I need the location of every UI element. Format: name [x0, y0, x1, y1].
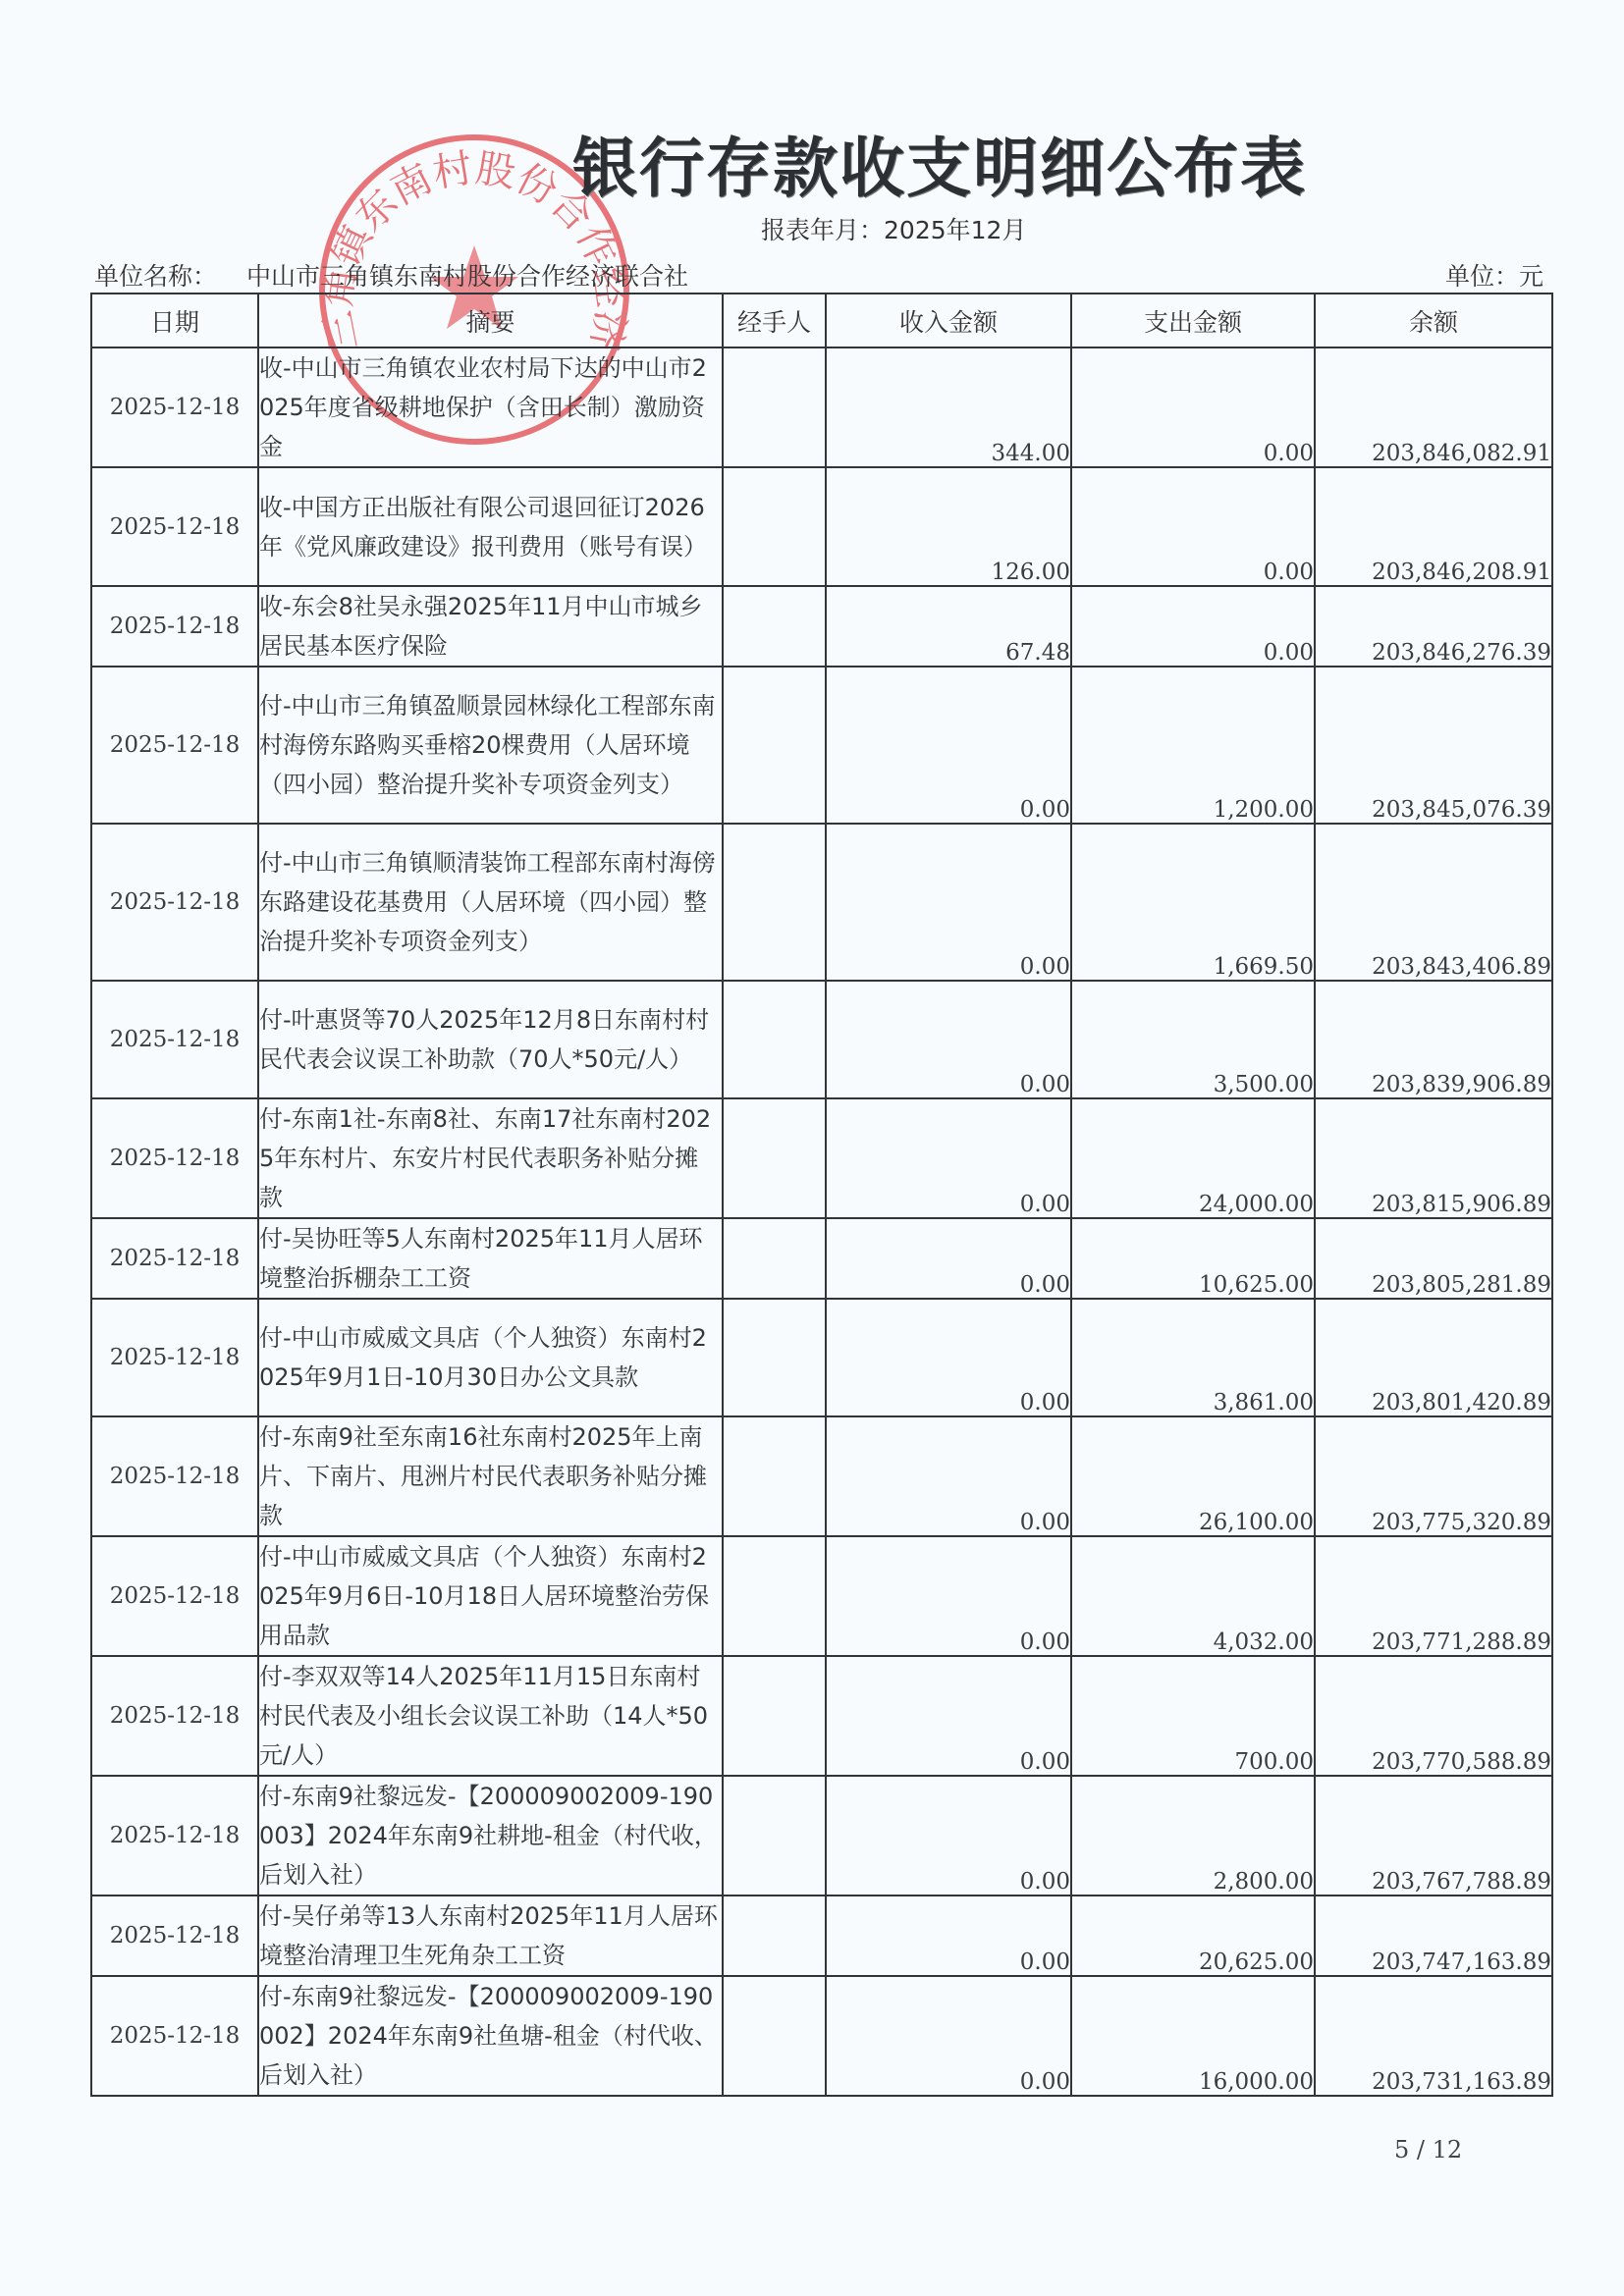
cell-date: 2025-12-18: [91, 347, 258, 467]
cell-income: 0.00: [826, 1098, 1071, 1218]
cell-summary: 收-中山市三角镇农业农村局下达的中山市2025年度省级耕地保护（含田长制）激励资…: [258, 347, 723, 467]
cell-expense: 16,000.00: [1071, 1976, 1315, 2096]
cell-balance: 203,845,076.39: [1315, 667, 1552, 824]
cell-handler: [723, 1896, 826, 1976]
cell-handler: [723, 1536, 826, 1656]
cell-date: 2025-12-18: [91, 1218, 258, 1299]
cell-expense: 0.00: [1071, 467, 1315, 586]
table-row: 2025-12-18收-中国方正出版社有限公司退回征订2026年《党风廉政建设》…: [91, 467, 1552, 586]
cell-balance: 203,731,163.89: [1315, 1976, 1552, 2096]
cell-summary: 付-吴协旺等5人东南村2025年11月人居环境整治拆棚杂工工资: [258, 1218, 723, 1299]
cell-income: 0.00: [826, 1656, 1071, 1776]
cell-expense: 1,200.00: [1071, 667, 1315, 824]
report-period-value: 2025年12月: [884, 216, 1026, 244]
cell-balance: 203,801,420.89: [1315, 1299, 1552, 1416]
cell-handler: [723, 981, 826, 1098]
cell-expense: 26,100.00: [1071, 1416, 1315, 1536]
cell-income: 344.00: [826, 347, 1071, 467]
cell-income: 0.00: [826, 1776, 1071, 1896]
cell-income: 126.00: [826, 467, 1071, 586]
page-indicator: 5 / 12: [1394, 2136, 1462, 2163]
table-row: 2025-12-18付-东南1社-东南8社、东南17社东南村2025年东村片、东…: [91, 1098, 1552, 1218]
report-period-label: 报表年月：: [761, 216, 884, 244]
unit-name-label: 单位名称：: [94, 262, 217, 291]
unit-name-line: 单位名称：中山市三角镇东南村股份合作经济联合社: [94, 257, 688, 293]
cell-income: 0.00: [826, 667, 1071, 824]
cell-summary: 收-中国方正出版社有限公司退回征订2026年《党风廉政建设》报刊费用（账号有误）: [258, 467, 723, 586]
cell-handler: [723, 1656, 826, 1776]
cell-summary: 付-中山市三角镇盈顺景园林绿化工程部东南村海傍东路购买垂榕20棵费用（人居环境（…: [258, 667, 723, 824]
cell-income: 0.00: [826, 1299, 1071, 1416]
header-expense: 支出金额: [1071, 294, 1315, 347]
unit-name-value: 中山市三角镇东南村股份合作经济联合社: [246, 262, 688, 291]
table-row: 2025-12-18付-中山市三角镇顺清装饰工程部东南村海傍东路建设花基费用（人…: [91, 824, 1552, 981]
cell-balance: 203,767,788.89: [1315, 1776, 1552, 1896]
table-header-row: 日期 摘要 经手人 收入金额 支出金额 余额: [91, 294, 1552, 347]
cell-balance: 203,846,208.91: [1315, 467, 1552, 586]
cell-expense: 24,000.00: [1071, 1098, 1315, 1218]
cell-date: 2025-12-18: [91, 586, 258, 667]
cell-summary: 付-中山市三角镇顺清装饰工程部东南村海傍东路建设花基费用（人居环境（四小园）整治…: [258, 824, 723, 981]
cell-handler: [723, 1299, 826, 1416]
cell-balance: 203,843,406.89: [1315, 824, 1552, 981]
cell-income: 0.00: [826, 1976, 1071, 2096]
table-row: 2025-12-18付-东南9社黎远发-【200009002009-190002…: [91, 1976, 1552, 2096]
page-title: 银行存款收支明细公布表: [0, 116, 1624, 209]
cell-expense: 0.00: [1071, 586, 1315, 667]
cell-balance: 203,815,906.89: [1315, 1098, 1552, 1218]
header-summary: 摘要: [258, 294, 723, 347]
cell-expense: 0.00: [1071, 347, 1315, 467]
table-row: 2025-12-18付-中山市威威文具店（个人独资）东南村2025年9月6日-1…: [91, 1536, 1552, 1656]
currency-unit: 单位：元: [1445, 257, 1543, 293]
cell-income: 0.00: [826, 1896, 1071, 1976]
header-income: 收入金额: [826, 294, 1071, 347]
cell-date: 2025-12-18: [91, 1536, 258, 1656]
cell-summary: 付-叶惠贤等70人2025年12月8日东南村村民代表会议误工补助款（70人*50…: [258, 981, 723, 1098]
cell-handler: [723, 824, 826, 981]
cell-balance: 203,839,906.89: [1315, 981, 1552, 1098]
cell-date: 2025-12-18: [91, 1896, 258, 1976]
cell-balance: 203,747,163.89: [1315, 1896, 1552, 1976]
cell-summary: 付-东南9社黎远发-【200009002009-190003】2024年东南9社…: [258, 1776, 723, 1896]
cell-income: 67.48: [826, 586, 1071, 667]
cell-balance: 203,805,281.89: [1315, 1218, 1552, 1299]
cell-summary: 付-东南1社-东南8社、东南17社东南村2025年东村片、东安片村民代表职务补贴…: [258, 1098, 723, 1218]
table-row: 2025-12-18付-叶惠贤等70人2025年12月8日东南村村民代表会议误工…: [91, 981, 1552, 1098]
table-row: 2025-12-18收-东会8社吴永强2025年11月中山市城乡居民基本医疗保险…: [91, 586, 1552, 667]
cell-summary: 付-东南9社至东南16社东南村2025年上南片、下南片、甩洲片村民代表职务补贴分…: [258, 1416, 723, 1536]
cell-expense: 3,861.00: [1071, 1299, 1315, 1416]
header-date: 日期: [91, 294, 258, 347]
table-row: 2025-12-18付-李双双等14人2025年11月15日东南村村民代表及小组…: [91, 1656, 1552, 1776]
cell-expense: 4,032.00: [1071, 1536, 1315, 1656]
cell-summary: 付-东南9社黎远发-【200009002009-190002】2024年东南9社…: [258, 1976, 723, 2096]
cell-income: 0.00: [826, 824, 1071, 981]
cell-summary: 收-东会8社吴永强2025年11月中山市城乡居民基本医疗保险: [258, 586, 723, 667]
cell-handler: [723, 586, 826, 667]
cell-handler: [723, 1776, 826, 1896]
cell-date: 2025-12-18: [91, 981, 258, 1098]
cell-handler: [723, 667, 826, 824]
table-row: 2025-12-18收-中山市三角镇农业农村局下达的中山市2025年度省级耕地保…: [91, 347, 1552, 467]
cell-handler: [723, 467, 826, 586]
cell-date: 2025-12-18: [91, 1299, 258, 1416]
header-handler: 经手人: [723, 294, 826, 347]
cell-expense: 2,800.00: [1071, 1776, 1315, 1896]
cell-date: 2025-12-18: [91, 1776, 258, 1896]
header-balance: 余额: [1315, 294, 1552, 347]
cell-date: 2025-12-18: [91, 1656, 258, 1776]
cell-income: 0.00: [826, 1416, 1071, 1536]
cell-handler: [723, 347, 826, 467]
ledger-table: 日期 摘要 经手人 收入金额 支出金额 余额 2025-12-18收-中山市三角…: [90, 293, 1553, 2097]
table-row: 2025-12-18付-中山市三角镇盈顺景园林绿化工程部东南村海傍东路购买垂榕2…: [91, 667, 1552, 824]
cell-expense: 700.00: [1071, 1656, 1315, 1776]
cell-expense: 1,669.50: [1071, 824, 1315, 981]
cell-handler: [723, 1218, 826, 1299]
report-period: 报表年月：2025年12月: [761, 211, 1026, 246]
table-row: 2025-12-18付-吴协旺等5人东南村2025年11月人居环境整治拆棚杂工工…: [91, 1218, 1552, 1299]
cell-date: 2025-12-18: [91, 1416, 258, 1536]
cell-balance: 203,846,276.39: [1315, 586, 1552, 667]
cell-summary: 付-中山市威威文具店（个人独资）东南村2025年9月1日-10月30日办公文具款: [258, 1299, 723, 1416]
cell-handler: [723, 1098, 826, 1218]
cell-date: 2025-12-18: [91, 667, 258, 824]
cell-balance: 203,775,320.89: [1315, 1416, 1552, 1536]
cell-summary: 付-中山市威威文具店（个人独资）东南村2025年9月6日-10月18日人居环境整…: [258, 1536, 723, 1656]
table-row: 2025-12-18付-中山市威威文具店（个人独资）东南村2025年9月1日-1…: [91, 1299, 1552, 1416]
cell-balance: 203,846,082.91: [1315, 347, 1552, 467]
cell-date: 2025-12-18: [91, 467, 258, 586]
cell-date: 2025-12-18: [91, 1098, 258, 1218]
cell-income: 0.00: [826, 981, 1071, 1098]
cell-income: 0.00: [826, 1218, 1071, 1299]
cell-summary: 付-李双双等14人2025年11月15日东南村村民代表及小组长会议误工补助（14…: [258, 1656, 723, 1776]
table-row: 2025-12-18付-东南9社黎远发-【200009002009-190003…: [91, 1776, 1552, 1896]
cell-date: 2025-12-18: [91, 1976, 258, 2096]
cell-income: 0.00: [826, 1536, 1071, 1656]
cell-date: 2025-12-18: [91, 824, 258, 981]
cell-expense: 10,625.00: [1071, 1218, 1315, 1299]
cell-expense: 20,625.00: [1071, 1896, 1315, 1976]
cell-summary: 付-吴仔弟等13人东南村2025年11月人居环境整治清理卫生死角杂工工资: [258, 1896, 723, 1976]
table-row: 2025-12-18付-东南9社至东南16社东南村2025年上南片、下南片、甩洲…: [91, 1416, 1552, 1536]
table-row: 2025-12-18付-吴仔弟等13人东南村2025年11月人居环境整治清理卫生…: [91, 1896, 1552, 1976]
cell-balance: 203,771,288.89: [1315, 1536, 1552, 1656]
cell-handler: [723, 1416, 826, 1536]
cell-handler: [723, 1976, 826, 2096]
cell-expense: 3,500.00: [1071, 981, 1315, 1098]
cell-balance: 203,770,588.89: [1315, 1656, 1552, 1776]
